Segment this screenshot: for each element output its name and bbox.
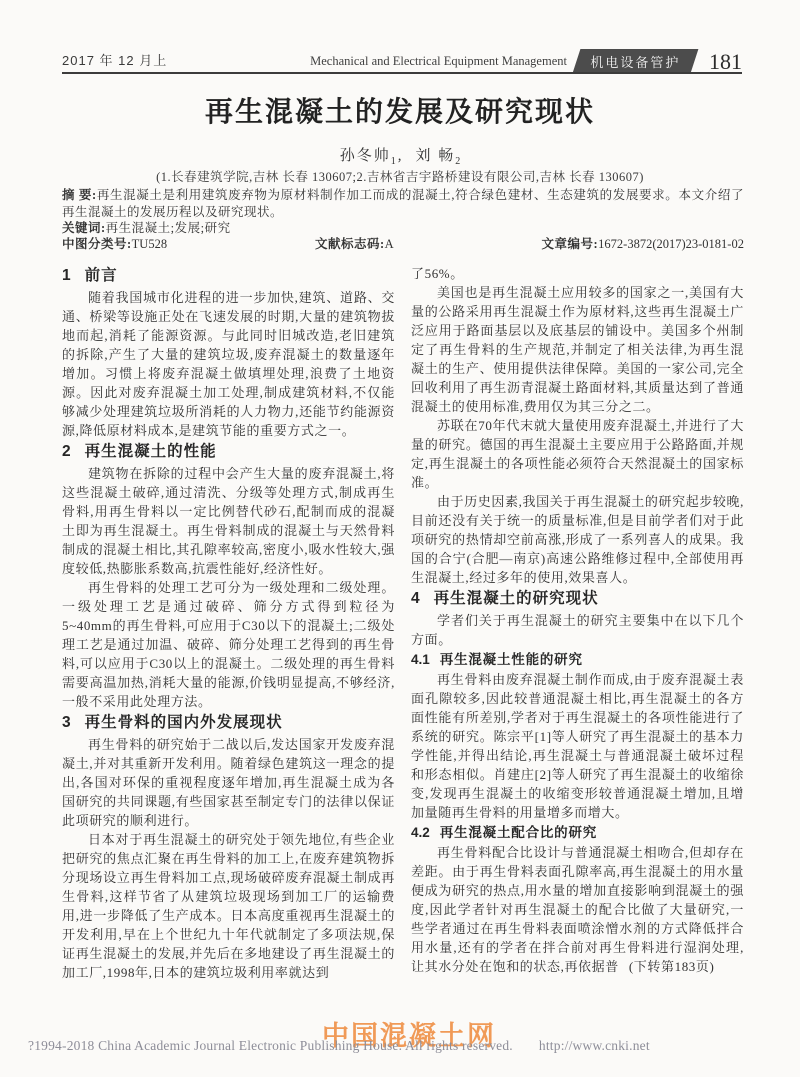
section-title: 再生混凝土的性能 [85,443,217,460]
article-body: 1前言随着我国城市化进程的进一步加快,建筑、道路、交通、桥梁等设施正处在飞速发展… [62,264,744,982]
section-number: 1 [62,267,71,284]
column-left: 1前言随着我国城市化进程的进一步加快,建筑、道路、交通、桥梁等设施正处在飞速发展… [62,264,395,982]
paragraph: 建筑物在拆除的过程中会产生大量的废弃混凝土,将这些混凝土破碎,通过清洗、分级等处… [62,464,395,578]
section-number: 3 [62,714,71,731]
section-title: 再生骨料的国内外发展现状 [85,714,283,731]
abstract-label: 摘 要: [62,188,97,202]
author-separator: , [398,148,404,164]
keywords-text: 再生混凝土;发展;研究 [106,221,231,235]
section-heading: 2再生混凝土的性能 [62,440,395,464]
section-title: 再生混凝土配合比的研究 [440,825,597,840]
footer-url: http://www.cnki.net [539,1038,650,1053]
section-number: 4.1 [411,652,430,667]
section-heading: 1前言 [62,264,395,288]
author-superscript: 1 [391,156,396,167]
journal-name-en: Mechanical and Electrical Equipment Mana… [310,54,567,72]
paragraph: 再生骨料的研究始于二战以后,发达国家开发废弃混凝土,并对其重新开发利用。随着绿色… [62,735,395,830]
paragraph: 再生骨料的处理工艺可分为一级处理和二级处理。一级处理工艺是通过破碎、筛分方式得到… [62,578,395,711]
header-rule [62,72,742,74]
abstract-block: 摘 要:再生混凝土是利用建筑废弃物为原材料制作加工而成的混凝土,符合绿色建材、生… [62,187,744,221]
clc-item: 中图分类号:TU528 [62,234,167,252]
author-name: 孙冬帅 [340,148,391,164]
article-id-value: 1672-3872(2017)23-0181-02 [598,237,744,251]
footer-copyright: ?1994-2018 China Academic Journal Electr… [28,1038,513,1053]
column-badge-label: 机电设备管护 [590,52,680,71]
turn-page-note: (下转第183页) [629,959,715,974]
author-name: 刘 畅 [416,148,456,164]
paragraph: 随着我国城市化进程的进一步加快,建筑、道路、交通、桥梁等设施正处在飞速发展的时期… [62,288,395,440]
section-title: 再生混凝土性能的研究 [440,652,583,667]
journal-page: 2017 年 12 月上 Mechanical and Electrical E… [0,0,800,1077]
author-superscript: 2 [455,156,460,167]
paragraph: 日本对于再生混凝土的研究处于领先地位,有些企业把研究的焦点汇聚在再生骨料的加工上… [62,830,395,982]
section-number: 4.2 [411,825,430,840]
paragraph: 再生骨料配合比设计与普通混凝土相吻合,但却存在差距。由于再生骨料表面孔隙率高,再… [411,843,744,976]
subsection-heading: 4.2再生混凝土配合比的研究 [411,822,744,843]
section-title: 前言 [85,267,118,284]
continuation-paragraph: 了56%。 [411,264,744,283]
section-number: 2 [62,443,71,460]
column-right: 了56%。美国也是再生混凝土应用较多的国家之一,美国有大量的公路采用再生混凝土作… [411,264,744,982]
section-heading: 4再生混凝土的研究现状 [411,587,744,611]
article-id-label: 文章编号: [541,237,598,251]
paragraph: 苏联在70年代末就大量使用废弃混凝土,并进行了大量的研究。德国的再生混凝土主要应… [411,416,744,492]
doc-code-label: 文献标志码: [315,237,385,251]
page-header: 2017 年 12 月上 Mechanical and Electrical E… [62,46,742,72]
section-heading: 3再生骨料的国内外发展现状 [62,711,395,735]
doc-code-value: A [385,237,394,251]
article-id-item: 文章编号:1672-3872(2017)23-0181-02 [541,234,744,252]
article-title: 再生混凝土的发展及研究现状 [0,90,800,130]
issue-date: 2017 年 12 月上 [62,50,167,72]
paragraph: 学者们关于再生混凝土的研究主要集中在以下几个方面。 [411,611,744,649]
footer-copyright-line: ?1994-2018 China Academic Journal Electr… [28,1038,650,1054]
section-number: 4 [411,590,420,607]
subsection-heading: 4.1再生混凝土性能的研究 [411,649,744,670]
meta-row: 中图分类号:TU528 文献标志码:A 文章编号:1672-3872(2017)… [62,234,744,252]
author-line: 孙冬帅1,刘 畅2 [0,144,800,167]
column-badge: 机电设备管护 [572,49,698,74]
paragraph: 再生骨料由废弃混凝土制作而成,由于废弃混凝土表面孔隙较多,因此较普通混凝土相比,… [411,670,744,822]
paragraph: 美国也是再生混凝土应用较多的国家之一,美国有大量的公路采用再生混凝土作为原材料,… [411,283,744,416]
clc-label: 中图分类号: [62,237,132,251]
doc-code-item: 文献标志码:A [315,234,394,252]
section-title: 再生混凝土的研究现状 [434,590,599,607]
affiliation: (1.长春建筑学院,吉林 长春 130607;2.吉林省吉宇路桥建设有限公司,吉… [0,167,800,185]
paragraph: 由于历史因素,我国关于再生混凝土的研究起步较晚,目前还没有关于统一的质量标准,但… [411,492,744,587]
abstract-text: 再生混凝土是利用建筑废弃物为原材料制作加工而成的混凝土,符合绿色建材、生态建筑的… [62,188,744,219]
keywords-label: 关键词: [62,221,106,235]
clc-value: TU528 [132,237,167,251]
